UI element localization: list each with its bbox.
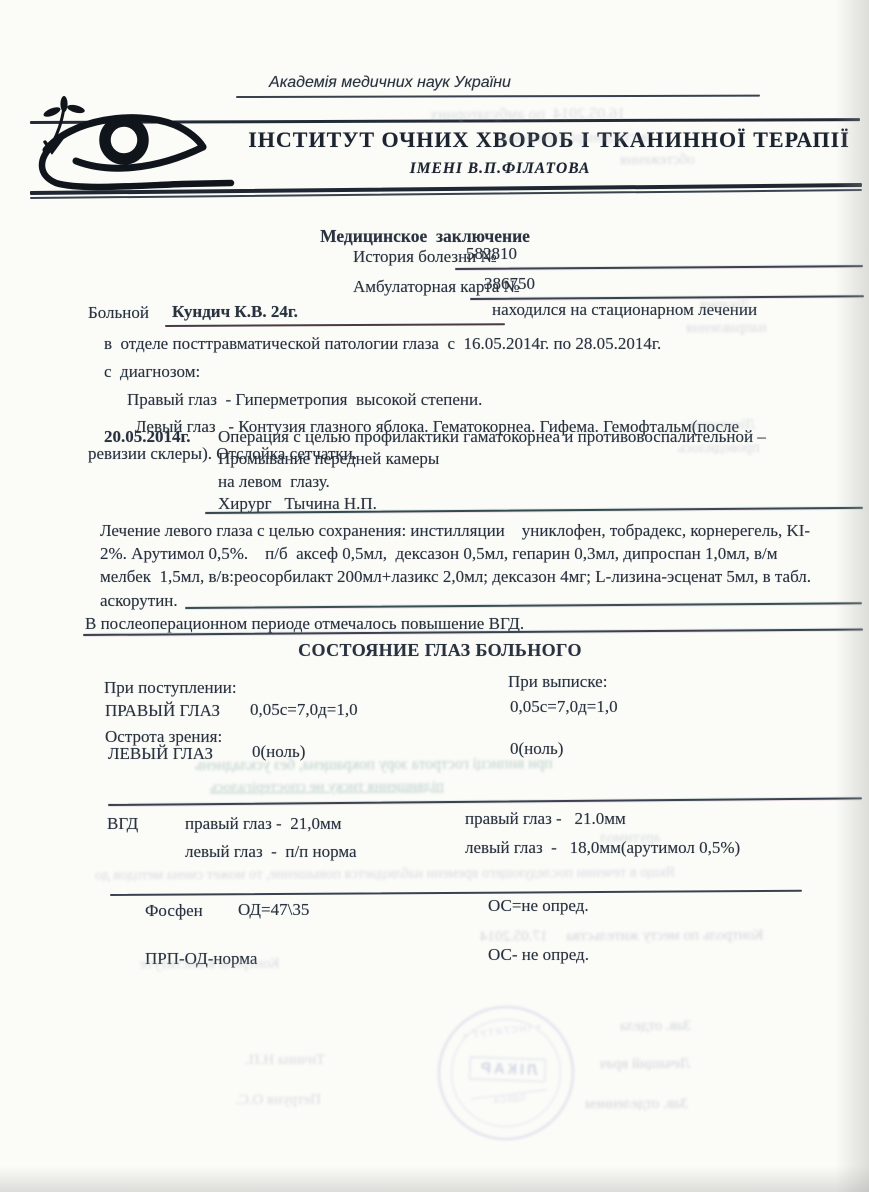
history-number-value: 582810 — [466, 244, 517, 264]
stamp-center-text: ЛІКАР — [469, 1056, 545, 1082]
operation-date: 20.05.2014г. — [104, 427, 191, 447]
bleedthrough-text: Контроль в институте — [140, 956, 280, 974]
phosphene-rule — [110, 890, 802, 896]
academy-line: Академія медичних наук України — [0, 74, 780, 93]
bleedthrough-text: при виписці гострота зору покращена, без… — [195, 755, 553, 775]
bleedthrough-text: направлення — [686, 320, 767, 337]
bleedthrough-text: обстеження — [620, 152, 695, 169]
bleedthrough-text: проводилось — [678, 440, 760, 457]
operation-line3: на левом глазу. — [218, 472, 330, 492]
right-eye-discharge-value: 0,05с=7,0д=1,0 — [510, 697, 618, 717]
academy-rule — [236, 95, 760, 98]
prp-os-value: ОС- не опред. — [488, 945, 589, 965]
eye-logo-icon — [12, 96, 242, 198]
treatment-line1: Лечение левого глаза с целью сохранения:… — [100, 521, 810, 541]
bleedthrough-text: підвищення тиску не спостерігалось — [210, 778, 444, 796]
right-eye-admission-value: 0,05с=7,0д=1,0 — [250, 700, 358, 720]
history-number-rule — [455, 265, 863, 270]
iop-admission-left: левый глаз - п/п норма — [185, 842, 357, 862]
patient-label: Больной — [88, 303, 149, 323]
diagnosis-label: с диагнозом: — [104, 362, 200, 382]
discharge-column-label: При выписке: — [508, 672, 607, 692]
iop-discharge-right: правый глаз - 21.0мм — [465, 809, 626, 829]
bleedthrough-text: Контроль по месту жительства 17.05.2014 — [480, 927, 763, 945]
eyes-state-heading: СОСТОЯНИЕ ГЛАЗ БОЛЬНОГО — [60, 640, 820, 661]
bleedthrough-text: Зав. отдела — [620, 1018, 691, 1035]
bleedthrough-text: арутимол — [600, 830, 660, 847]
treatment-line2: 2%. Арутимол 0,5%. п/б аксеф 0,5мл, декс… — [100, 544, 778, 564]
bleedthrough-text: Якщо в течении последующего времени набл… — [95, 864, 675, 884]
doctor-stamp: • ІНСТИТУТ • ЛІКАР ОДЕСА — [430, 998, 581, 1148]
iop-admission-right: правый глаз - 21,0мм — [185, 814, 341, 834]
bleedthrough-text: Лікарня — [700, 297, 751, 314]
ambulatory-card-value: 386750 — [484, 274, 535, 294]
doc-title: Медицинское заключение — [0, 226, 850, 247]
treatment-line4: аскорутин. — [100, 591, 178, 611]
operation-line2: Промывание передней камеры — [218, 449, 439, 469]
bleedthrough-text: Лікування — [690, 417, 756, 434]
scanned-medical-report: Академія медичних наук України ІНСТИТУТ … — [0, 0, 869, 1192]
iop-rule — [108, 797, 862, 805]
right-eye-label: ПРАВЫЙ ГЛАЗ — [105, 701, 220, 721]
patient-name: Кундич К.В. 24г. — [172, 302, 298, 322]
phosphene-od-value: ОД=47\35 — [238, 900, 309, 920]
phosphene-os-value: ОС=не опред. — [488, 896, 589, 916]
phosphene-label: Фосфен — [145, 901, 203, 921]
diagnosis-right-eye: Правый глаз - Гиперметропия высокой степ… — [127, 390, 482, 410]
bleedthrough-text: Зав. отделением — [585, 1096, 688, 1114]
patient-name-rule — [165, 323, 505, 327]
treatment-line3: мелбек 1,5мл, в/в:реосорбилакт 200мл+лаз… — [100, 567, 811, 587]
iop-label: ВГД — [107, 814, 138, 834]
admission-column-label: При поступлении: — [104, 678, 237, 698]
treatment-rule — [185, 602, 862, 608]
bleedthrough-text: Петруня О.С. — [235, 1092, 321, 1109]
bleedthrough-text: 16.05.2014 по амбулаторних — [430, 105, 625, 124]
department-line: в отделе посттравматической патологии гл… — [104, 334, 661, 354]
bleedthrough-text: в стаціонарі отримував — [500, 130, 648, 148]
bleedthrough-text: Тичина Н.П. — [245, 1052, 325, 1069]
bleedthrough-text: Лечащий врач — [600, 1056, 690, 1073]
